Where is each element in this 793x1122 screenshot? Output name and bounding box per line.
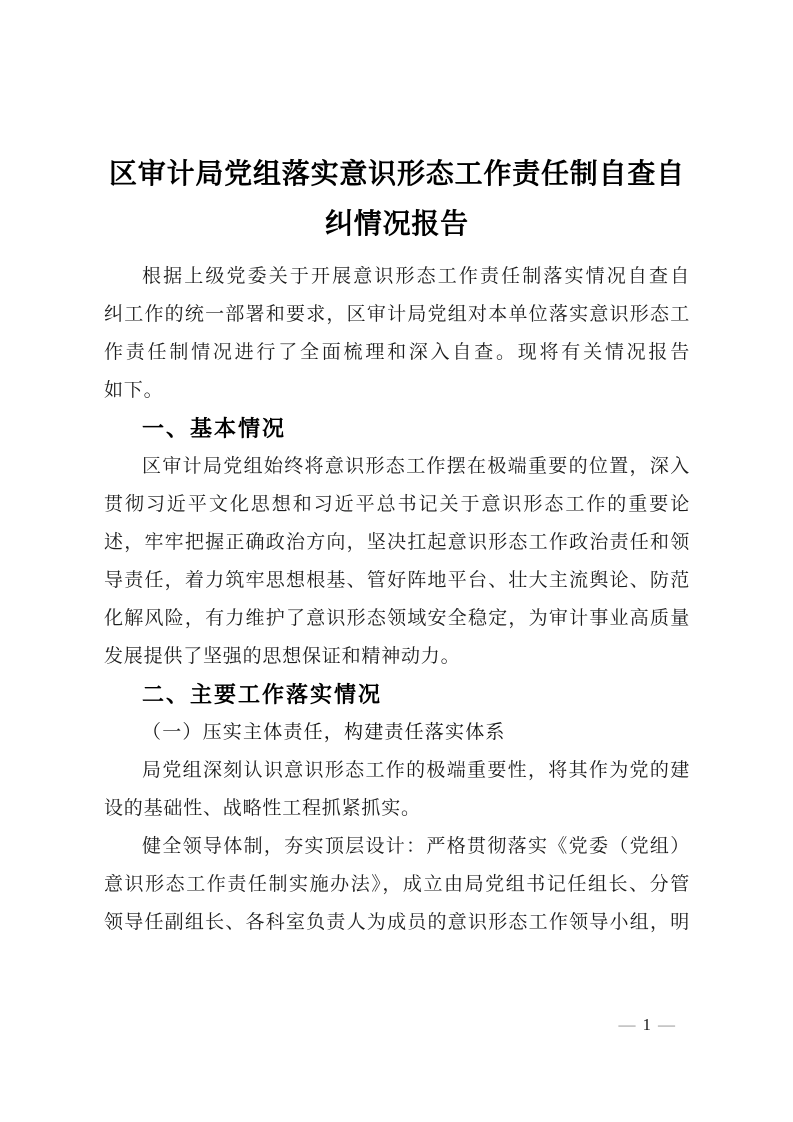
text-line: 导责任，着力筑牢思想根基、管好阵地平台、壮大主流舆论、防范 [104,562,690,600]
paragraph-subsection1: 局党组深刻认识意识形态工作的极端重要性，将其作为党的建 设的基础性、战略性工程抓… [104,752,690,828]
text-line: 局党组深刻认识意识形态工作的极端重要性，将其作为党的建 [104,752,690,790]
text-line: 如下。 [104,372,690,410]
section-heading-main-work: 二、主要工作落实情况 [104,676,690,714]
footer-dash-left: — [619,1015,636,1034]
text-line: 意识形态工作责任制实施办法》，成立由局党组书记任组长、分管 [104,866,690,904]
document-content: 区审计局党组落实意识形态工作责任制自查自 纠情况报告 根据上级党委关于开展意识形… [104,0,690,942]
document-page: 区审计局党组落实意识形态工作责任制自查自 纠情况报告 根据上级党委关于开展意识形… [0,0,793,1122]
text-line: 设的基础性、战略性工程抓紧抓实。 [104,790,690,828]
document-title-line: 区审计局党组落实意识形态工作责任制自查自 [104,150,690,200]
text-line: 健全领导体制，夯实顶层设计：严格贯彻落实《党委（党组） [104,828,690,866]
lead-in-rest: 严格贯彻落实《党委（党组） [426,836,690,857]
text-line: 作责任制情况进行了全面梳理和深入自查。现将有关情况报告 [104,334,690,372]
footer-dash-right: — [658,1015,675,1034]
text-line: 贯彻习近平文化思想和习近平总书记关于意识形态工作的重要论 [104,486,690,524]
paragraph-section1: 区审计局党组始终将意识形态工作摆在极端重要的位置，深入 贯彻习近平文化思想和习近… [104,448,690,676]
subsection-heading-responsibility: （一）压实主体责任，构建责任落实体系 [104,714,690,752]
section-heading-basic-situation: 一、基本情况 [104,410,690,448]
page-footer: —1— [0,1014,793,1036]
document-title: 区审计局党组落实意识形态工作责任制自查自 纠情况报告 [104,150,690,250]
text-line: 根据上级党委关于开展意识形态工作责任制落实情况自查自 [104,258,690,296]
paragraph-intro: 根据上级党委关于开展意识形态工作责任制落实情况自查自 纠工作的统一部署和要求，区… [104,258,690,410]
paragraph-leadership-system: 健全领导体制，夯实顶层设计：严格贯彻落实《党委（党组） 意识形态工作责任制实施办… [104,828,690,942]
text-line: 纠工作的统一部署和要求，区审计局党组对本单位落实意识形态工 [104,296,690,334]
text-line: 区审计局党组始终将意识形态工作摆在极端重要的位置，深入 [104,448,690,486]
text-line: 述，牢牢把握正确政治方向，坚决扛起意识形态工作政治责任和领 [104,524,690,562]
lead-in-phrase: 健全领导体制，夯实顶层设计： [142,836,426,857]
page-number: 1 [643,1015,652,1034]
text-line: 领导任副组长、各科室负责人为成员的意识形态工作领导小组，明 [104,904,690,942]
text-line: 化解风险，有力维护了意识形态领域安全稳定，为审计事业高质量 [104,600,690,638]
document-title-line: 纠情况报告 [104,200,690,250]
text-line: 发展提供了坚强的思想保证和精神动力。 [104,638,690,676]
